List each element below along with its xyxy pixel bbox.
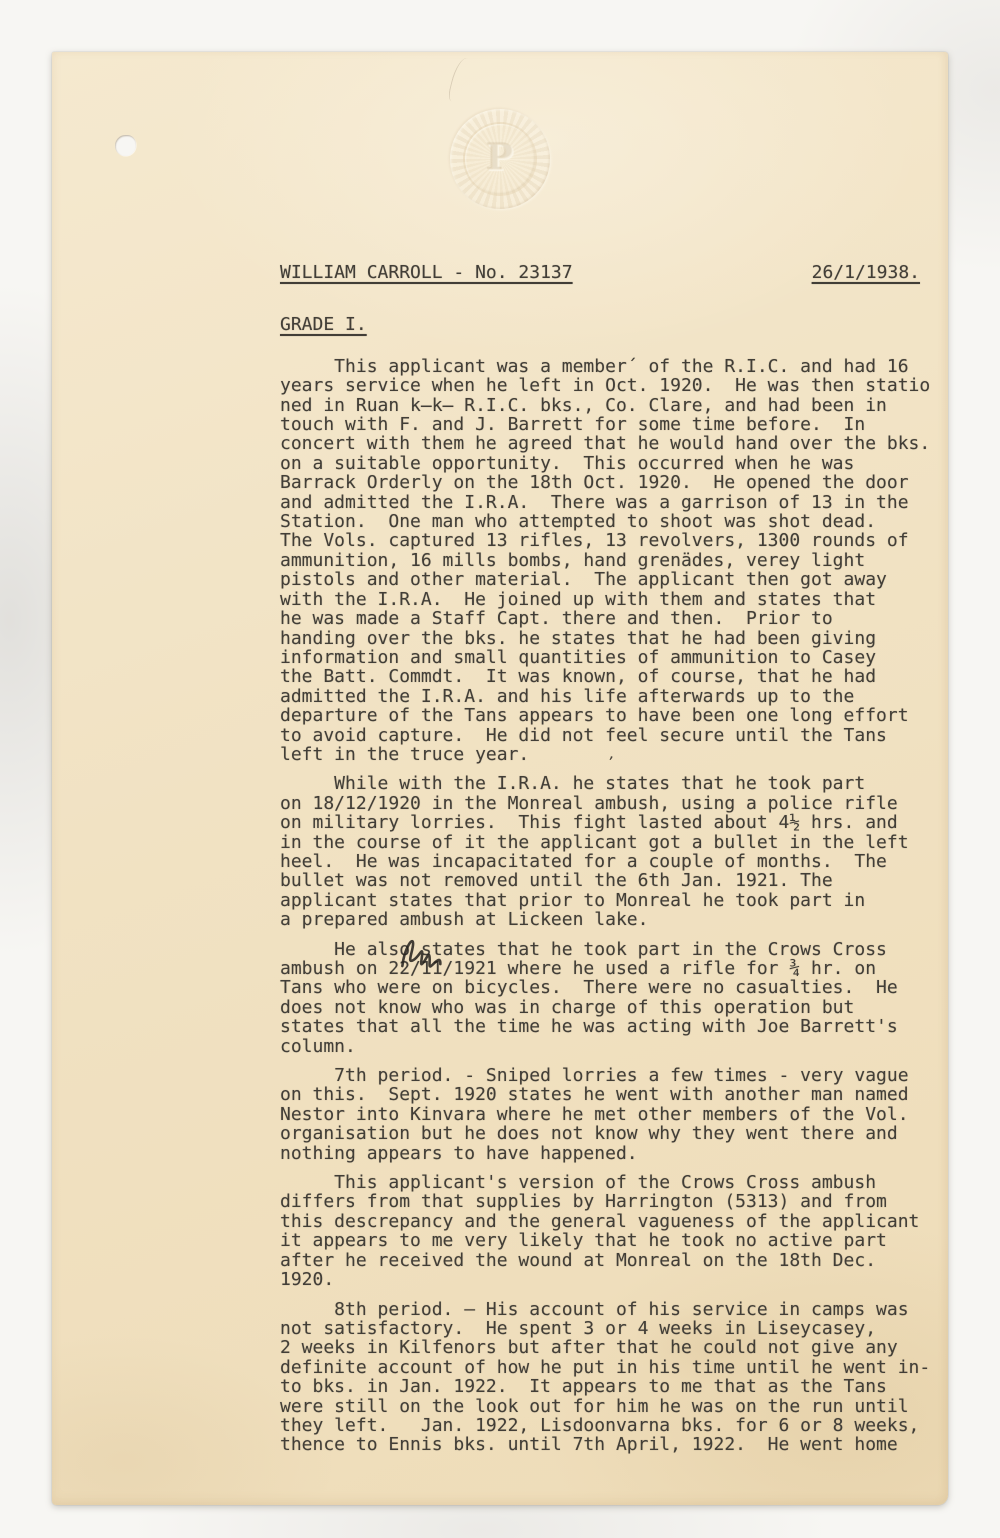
text-line: He also states that he took part in the … bbox=[280, 940, 920, 959]
text-line: this descrepancy and the general vaguene… bbox=[280, 1212, 920, 1231]
text-line: differs from that supplies by Harrington… bbox=[280, 1192, 920, 1211]
text-line: This applicant's version of the Crows Cr… bbox=[280, 1173, 920, 1192]
paragraph: 7th period. - Sniped lorries a few times… bbox=[280, 1066, 920, 1163]
document-title: WILLIAM CARROLL - No. 23137 bbox=[280, 263, 573, 282]
text-line: does not know who was in charge of this … bbox=[280, 998, 920, 1017]
scan-background: P WILLIAM CARROLL - No. 23137 26/1/1938.… bbox=[0, 0, 1000, 1538]
text-line: ned in Ruan k̶k̶ R.I.C. bks., Co. Clare,… bbox=[280, 396, 920, 415]
text-line: Tans who were on bicycles. There were no… bbox=[280, 978, 920, 997]
paragraph: He also states that he took part in the … bbox=[280, 940, 920, 1056]
text-line: on this. Sept. 1920 states he went with … bbox=[280, 1085, 920, 1104]
text-line: 1920. bbox=[280, 1270, 920, 1289]
text-line: While with the I.R.A. he states that he … bbox=[280, 774, 920, 793]
document-date: 26/1/1938. bbox=[812, 263, 920, 282]
document-page: P WILLIAM CARROLL - No. 23137 26/1/1938.… bbox=[52, 52, 948, 1505]
document-header: WILLIAM CARROLL - No. 23137 26/1/1938. bbox=[280, 263, 920, 282]
text-line: a prepared ambush at Lickeen lake. bbox=[280, 910, 920, 929]
text-line: were still on the look out for him he wa… bbox=[280, 1397, 920, 1416]
text-line: organisation but he does not know why th… bbox=[280, 1124, 920, 1143]
text-line: 8th period. — His account of his service… bbox=[280, 1300, 920, 1319]
text-line: ambush on 22/11/1921 where he used a rif… bbox=[280, 959, 920, 978]
text-line: concert with them he agreed that he woul… bbox=[280, 434, 920, 453]
text-line: departure of the Tans appears to have be… bbox=[280, 706, 920, 725]
text-line: to bks. in Jan. 1922. It appears to me t… bbox=[280, 1377, 920, 1396]
embossed-seal: P bbox=[450, 109, 550, 209]
paragraph: 8th period. — His account of his service… bbox=[280, 1300, 920, 1455]
text-line: thence to Ennis bks. until 7th April, 19… bbox=[280, 1435, 920, 1454]
text-line: pistols and other material. The applican… bbox=[280, 570, 920, 589]
text-line: not satisfactory. He spent 3 or 4 weeks … bbox=[280, 1319, 920, 1338]
text-line: admitted the I.R.A. and his life afterwa… bbox=[280, 687, 920, 706]
text-line: he was made a Staff Capt. there and then… bbox=[280, 609, 920, 628]
text-line: Barrack Orderly on the 18th Oct. 1920. H… bbox=[280, 473, 920, 492]
text-line: on a suitable opportunity. This occurred… bbox=[280, 454, 920, 473]
text-line: heel. He was incapacitated for a couple … bbox=[280, 852, 920, 871]
text-line: bullet was not removed until the 6th Jan… bbox=[280, 871, 920, 890]
text-line: information and small quantities of ammu… bbox=[280, 648, 920, 667]
text-line: the Batt. Commdt. It was known, of cours… bbox=[280, 667, 920, 686]
paragraph: This applicant's version of the Crows Cr… bbox=[280, 1173, 920, 1289]
document-body: This applicant was a member´ of the R.I.… bbox=[280, 357, 920, 1455]
text-line: left in the truce year. bbox=[280, 745, 920, 764]
text-line: definite account of how he put in his ti… bbox=[280, 1358, 920, 1377]
paragraph: This applicant was a member´ of the R.I.… bbox=[280, 357, 920, 765]
text-line: column. bbox=[280, 1037, 920, 1056]
text-line: 7th period. - Sniped lorries a few times… bbox=[280, 1066, 920, 1085]
text-line: after he received the wound at Monreal o… bbox=[280, 1251, 920, 1270]
text-line: years service when he left in Oct. 1920.… bbox=[280, 376, 920, 395]
paper-scratch-mark bbox=[447, 56, 475, 105]
text-line: and admitted the I.R.A. There was a garr… bbox=[280, 493, 920, 512]
text-line: Station. One man who attempted to shoot … bbox=[280, 512, 920, 531]
grade-heading: GRADE I. bbox=[280, 315, 367, 334]
paragraph: While with the I.R.A. he states that he … bbox=[280, 774, 920, 929]
text-line: with the I.R.A. He joined up with them a… bbox=[280, 590, 920, 609]
punch-hole bbox=[115, 135, 136, 156]
text-line: ammunition, 16 mills bombs, hand grenäde… bbox=[280, 551, 920, 570]
text-line: touch with F. and J. Barrett for some ti… bbox=[280, 415, 920, 434]
text-line: on military lorries. This fight lasted a… bbox=[280, 813, 920, 832]
text-line: applicant states that prior to Monreal h… bbox=[280, 891, 920, 910]
typewritten-content: WILLIAM CARROLL - No. 23137 26/1/1938. G… bbox=[280, 263, 920, 1455]
text-line: to avoid capture. He did not feel secure… bbox=[280, 726, 920, 745]
text-line: on 18/12/1920 in the Monreal ambush, usi… bbox=[280, 794, 920, 813]
text-line: states that all the time he was acting w… bbox=[280, 1017, 920, 1036]
text-line: it appears to me very likely that he too… bbox=[280, 1231, 920, 1250]
text-line: Nestor into Kinvara where he met other m… bbox=[280, 1105, 920, 1124]
text-line: 2 weeks in Kilfenors but after that he c… bbox=[280, 1338, 920, 1357]
text-line: handing over the bks. he states that he … bbox=[280, 629, 920, 648]
text-line: in the course of it the applicant got a … bbox=[280, 833, 920, 852]
text-line: nothing appears to have happened. bbox=[280, 1144, 920, 1163]
text-line: The Vols. captured 13 rifles, 13 revolve… bbox=[280, 531, 920, 550]
ink-annotation bbox=[392, 925, 451, 978]
text-line: This applicant was a member´ of the R.I.… bbox=[280, 357, 920, 376]
text-line: they left. Jan. 1922, Lisdoonvarna bks. … bbox=[280, 1416, 920, 1435]
seal-letter: P bbox=[450, 137, 550, 179]
